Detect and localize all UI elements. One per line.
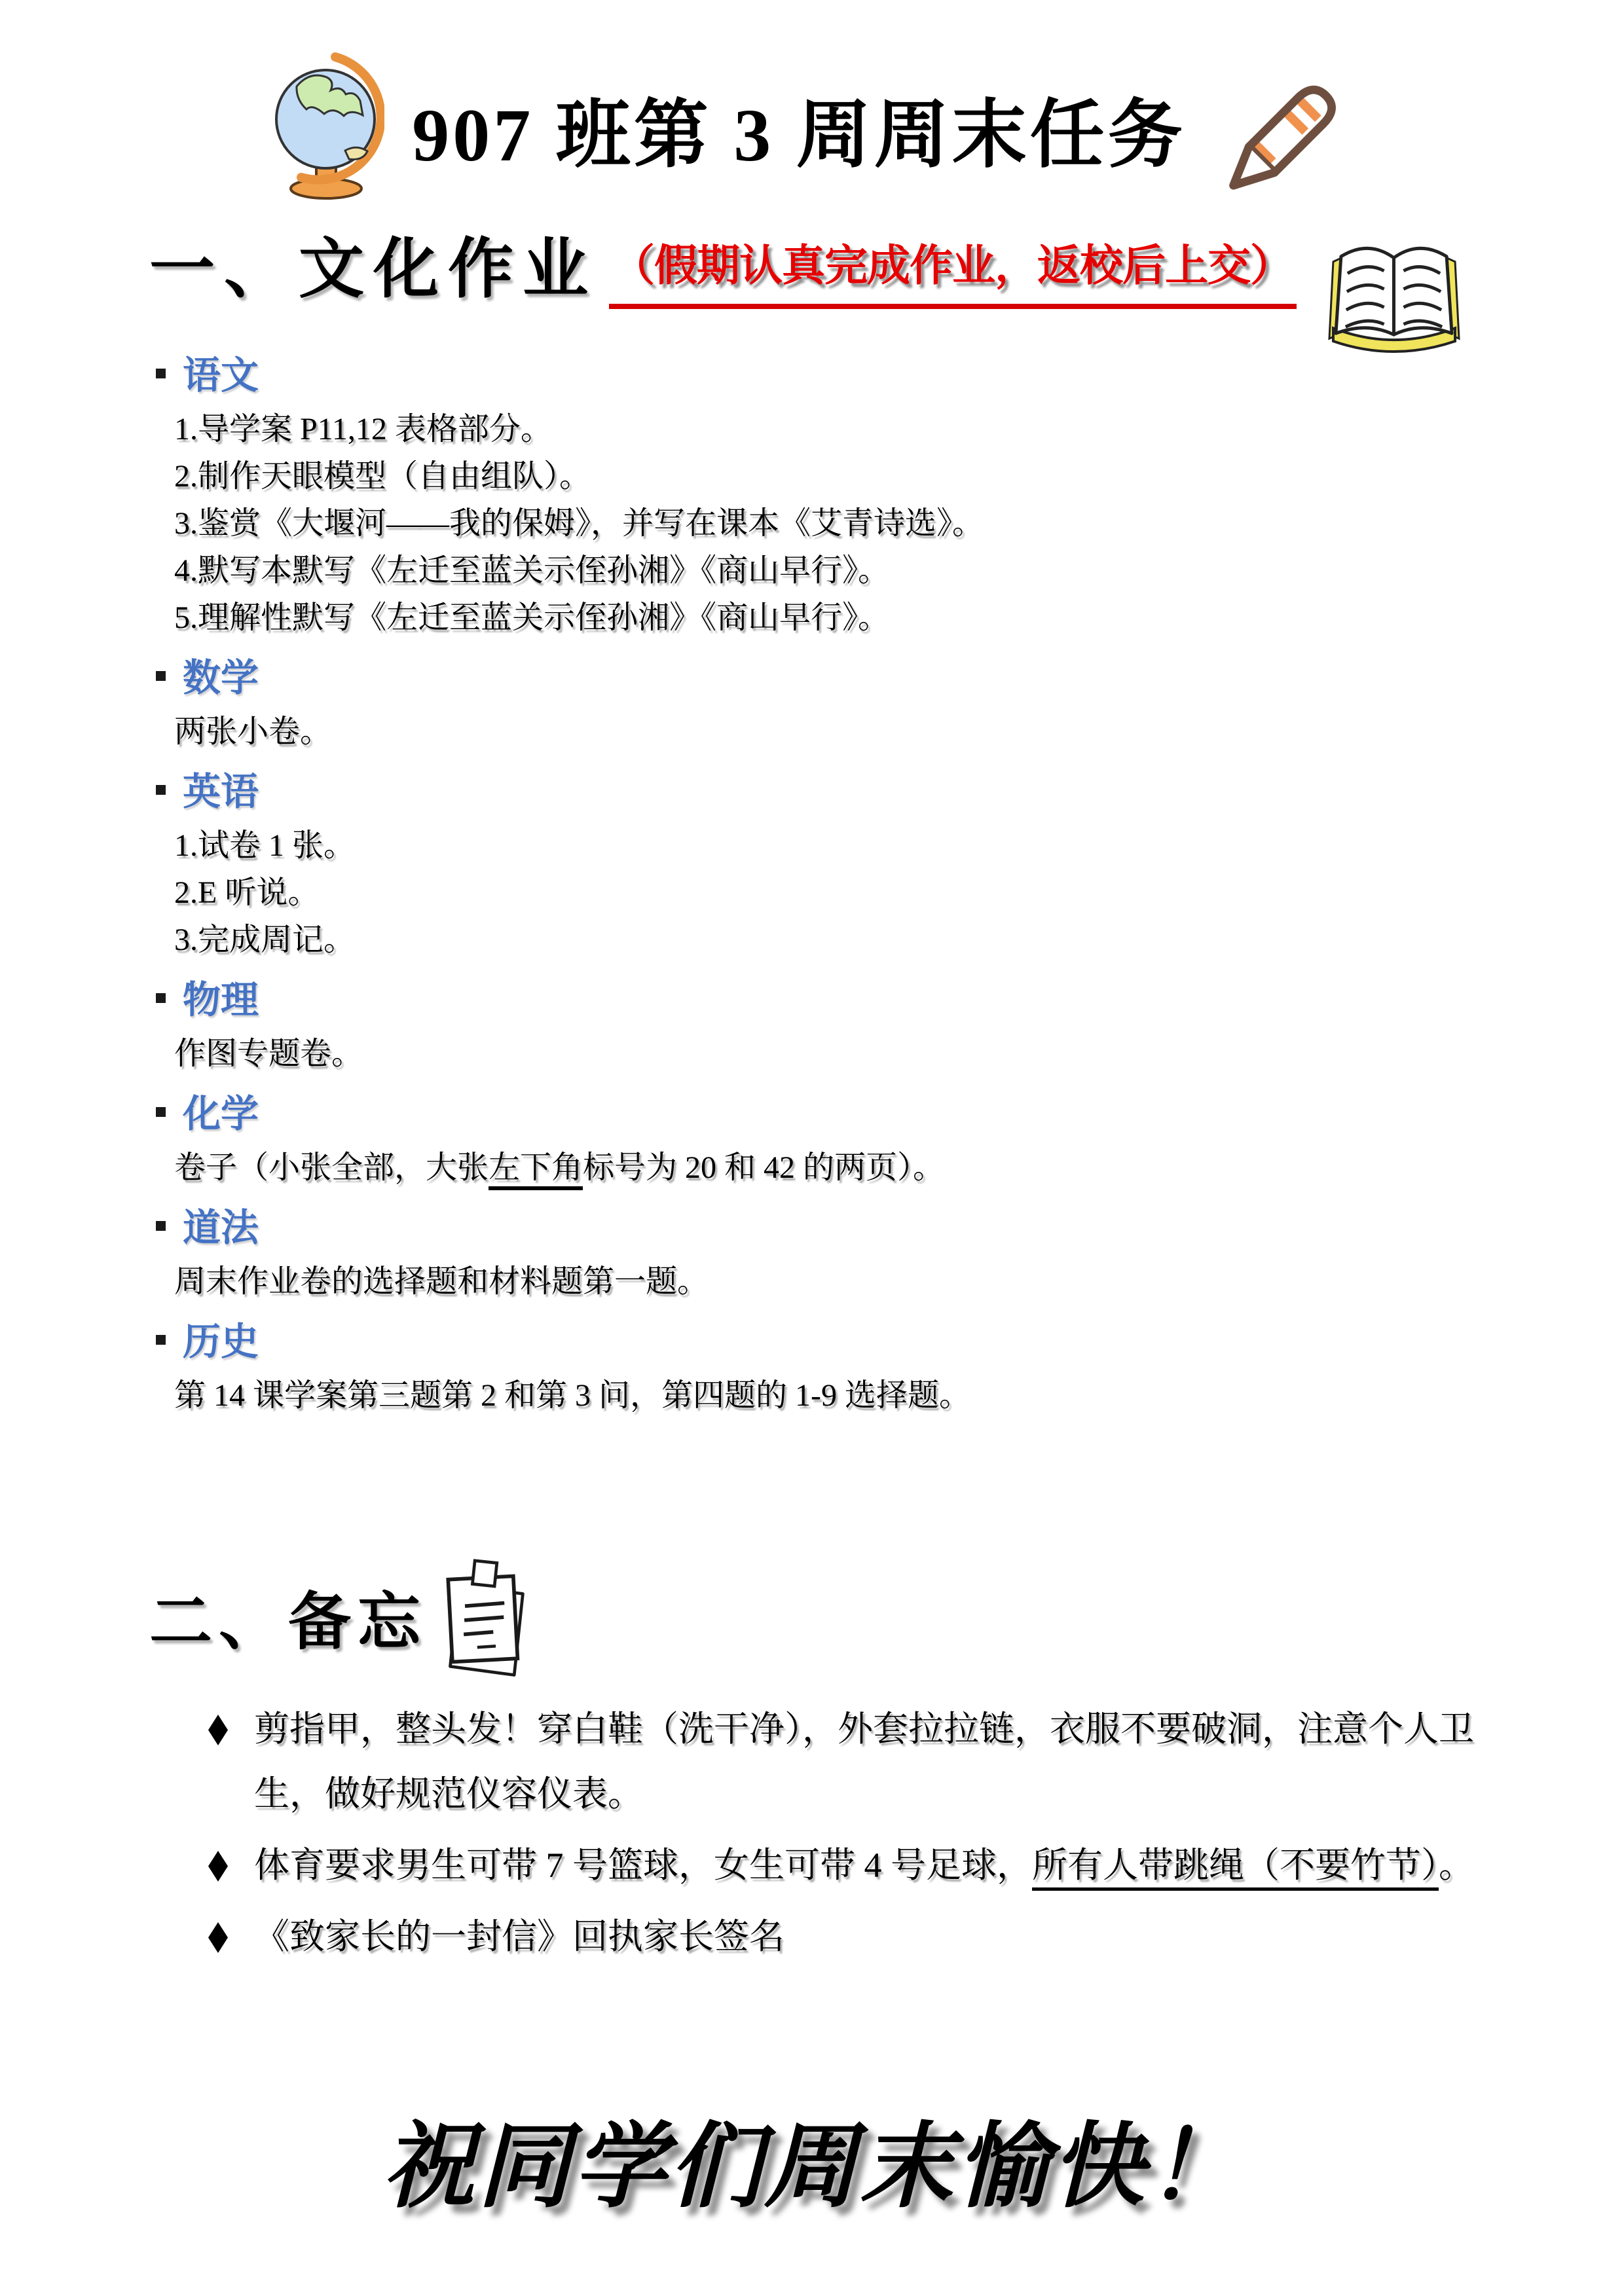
memo-text: 《致家长的一封信》回执家长签名 — [254, 1917, 784, 1956]
diamond-bullet-icon — [208, 1715, 228, 1745]
homework-item: 2.E 听说。 — [174, 869, 1492, 917]
memo-icon — [427, 1559, 536, 1686]
memo-item: 体育要求男生可带 7 号篮球，女生可带 4 号足球，所有人带跳绳（不要竹节）。 — [208, 1833, 1508, 1898]
square-bullet-icon — [156, 1221, 166, 1231]
globe-icon — [272, 52, 384, 204]
homework-item: 5.理解性默写《左迁至蓝关示侄孙湘》《商山早行》。 — [174, 594, 1492, 642]
subject-items-physics: 作图专题卷。 — [156, 1030, 1492, 1078]
page-title: 907 班第 3 周周末任务 — [412, 75, 1186, 182]
subject-items-math: 两张小卷。 — [156, 708, 1492, 756]
section1-heading: 一、文化作业 — [149, 230, 597, 309]
subject-name: 道法 — [183, 1198, 259, 1258]
subject-name: 数学 — [183, 648, 259, 708]
pencil-icon — [1213, 62, 1352, 194]
subject-name: 历史 — [183, 1312, 259, 1372]
subject-heading-math: 数学 — [156, 648, 1492, 708]
homework-item: 1.试卷 1 张。 — [174, 822, 1492, 869]
diamond-bullet-icon — [208, 1851, 228, 1882]
diamond-bullet-icon — [208, 1922, 228, 1953]
item-text: 标号为 20 和 42 的两页）。 — [583, 1150, 944, 1185]
underlined-text: 所有人带跳绳（不要竹节） — [1032, 1846, 1439, 1891]
subject-heading-physics: 物理 — [156, 970, 1492, 1030]
memo-text: 。 — [1439, 1846, 1474, 1885]
subject-block-chinese: 语文 1.导学案 P11,12 表格部分。 2.制作天眼模型（自由组队）。 3.… — [156, 346, 1492, 642]
memo-list: 剪指甲，整头发！穿白鞋（洗干净），外套拉拉链，衣服不要破洞，注意个人卫生，做好规… — [208, 1697, 1508, 1976]
subject-block-history: 历史 第 14 课学案第三题第 2 和第 3 问，第四题的 1-9 选择题。 — [156, 1312, 1492, 1419]
subject-name: 物理 — [183, 970, 259, 1030]
section1-note: （假期认真完成作业，返校后上交） — [609, 240, 1297, 310]
subject-heading-chemistry: 化学 — [156, 1084, 1492, 1144]
subject-block-math: 数学 两张小卷。 — [156, 648, 1492, 756]
homework-item: 4.默写本默写《左迁至蓝关示侄孙湘》《商山早行》。 — [174, 547, 1492, 594]
subject-block-english: 英语 1.试卷 1 张。 2.E 听说。 3.完成周记。 — [156, 762, 1492, 964]
subject-block-chemistry: 化学 卷子（小张全部，大张左下角标号为 20 和 42 的两页）。 — [156, 1084, 1492, 1192]
subject-heading-history: 历史 — [156, 1312, 1492, 1372]
subject-items-morality-law: 周末作业卷的选择题和材料题第一题。 — [156, 1258, 1492, 1305]
homework-item: 作图专题卷。 — [174, 1030, 1492, 1078]
homework-item: 1.导学案 P11,12 表格部分。 — [174, 406, 1492, 453]
underlined-text: 左下角 — [489, 1150, 583, 1190]
document-header: 907 班第 3 周周末任务 — [0, 52, 1624, 204]
memo-text: 体育要求男生可带 7 号篮球，女生可带 4 号足球， — [254, 1846, 1032, 1885]
subject-heading-morality-law: 道法 — [156, 1198, 1492, 1258]
homework-item: 3.完成周记。 — [174, 917, 1492, 964]
subject-items-chinese: 1.导学案 P11,12 表格部分。 2.制作天眼模型（自由组队）。 3.鉴赏《… — [156, 406, 1492, 642]
section2-heading: 二、备忘 — [149, 1582, 427, 1664]
footer-wish: 祝同学们周末愉快！ — [0, 2092, 1624, 2225]
subject-name: 语文 — [183, 346, 259, 406]
homework-item: 两张小卷。 — [174, 708, 1492, 756]
open-book-icon — [1324, 224, 1464, 357]
homework-item: 周末作业卷的选择题和材料题第一题。 — [174, 1258, 1492, 1305]
section1-header: 一、文化作业 （假期认真完成作业，返校后上交） — [149, 230, 1297, 309]
section2-header: 二、备忘 — [149, 1559, 536, 1686]
subject-items-english: 1.试卷 1 张。 2.E 听说。 3.完成周记。 — [156, 822, 1492, 964]
memo-text: 剪指甲，整头发！穿白鞋（洗干净），外套拉拉链，衣服不要破洞，注意个人卫生，做好规… — [254, 1709, 1474, 1813]
homework-list: 语文 1.导学案 P11,12 表格部分。 2.制作天眼模型（自由组队）。 3.… — [156, 346, 1492, 1419]
item-text: 卷子（小张全部，大张 — [174, 1150, 489, 1185]
subject-block-morality-law: 道法 周末作业卷的选择题和材料题第一题。 — [156, 1198, 1492, 1305]
homework-item: 第 14 课学案第三题第 2 和第 3 问，第四题的 1-9 选择题。 — [174, 1372, 1492, 1419]
subject-items-chemistry: 卷子（小张全部，大张左下角标号为 20 和 42 的两页）。 — [156, 1144, 1492, 1192]
square-bullet-icon — [156, 671, 166, 681]
subject-name: 化学 — [183, 1084, 259, 1144]
square-bullet-icon — [156, 993, 166, 1003]
square-bullet-icon — [156, 1107, 166, 1117]
memo-item: 《致家长的一封信》回执家长签名 — [208, 1904, 1508, 1969]
square-bullet-icon — [156, 1335, 166, 1345]
homework-item: 3.鉴赏《大堰河——我的保姆》，并写在课本《艾青诗选》。 — [174, 500, 1492, 547]
memo-item: 剪指甲，整头发！穿白鞋（洗干净），外套拉拉链，衣服不要破洞，注意个人卫生，做好规… — [208, 1697, 1508, 1827]
subject-block-physics: 物理 作图专题卷。 — [156, 970, 1492, 1078]
homework-item: 卷子（小张全部，大张左下角标号为 20 和 42 的两页）。 — [174, 1144, 1492, 1192]
subject-name: 英语 — [183, 762, 259, 822]
square-bullet-icon — [156, 785, 166, 795]
square-bullet-icon — [156, 369, 166, 378]
subject-items-history: 第 14 课学案第三题第 2 和第 3 问，第四题的 1-9 选择题。 — [156, 1372, 1492, 1419]
subject-heading-chinese: 语文 — [156, 346, 1492, 406]
homework-item: 2.制作天眼模型（自由组队）。 — [174, 453, 1492, 500]
subject-heading-english: 英语 — [156, 762, 1492, 822]
